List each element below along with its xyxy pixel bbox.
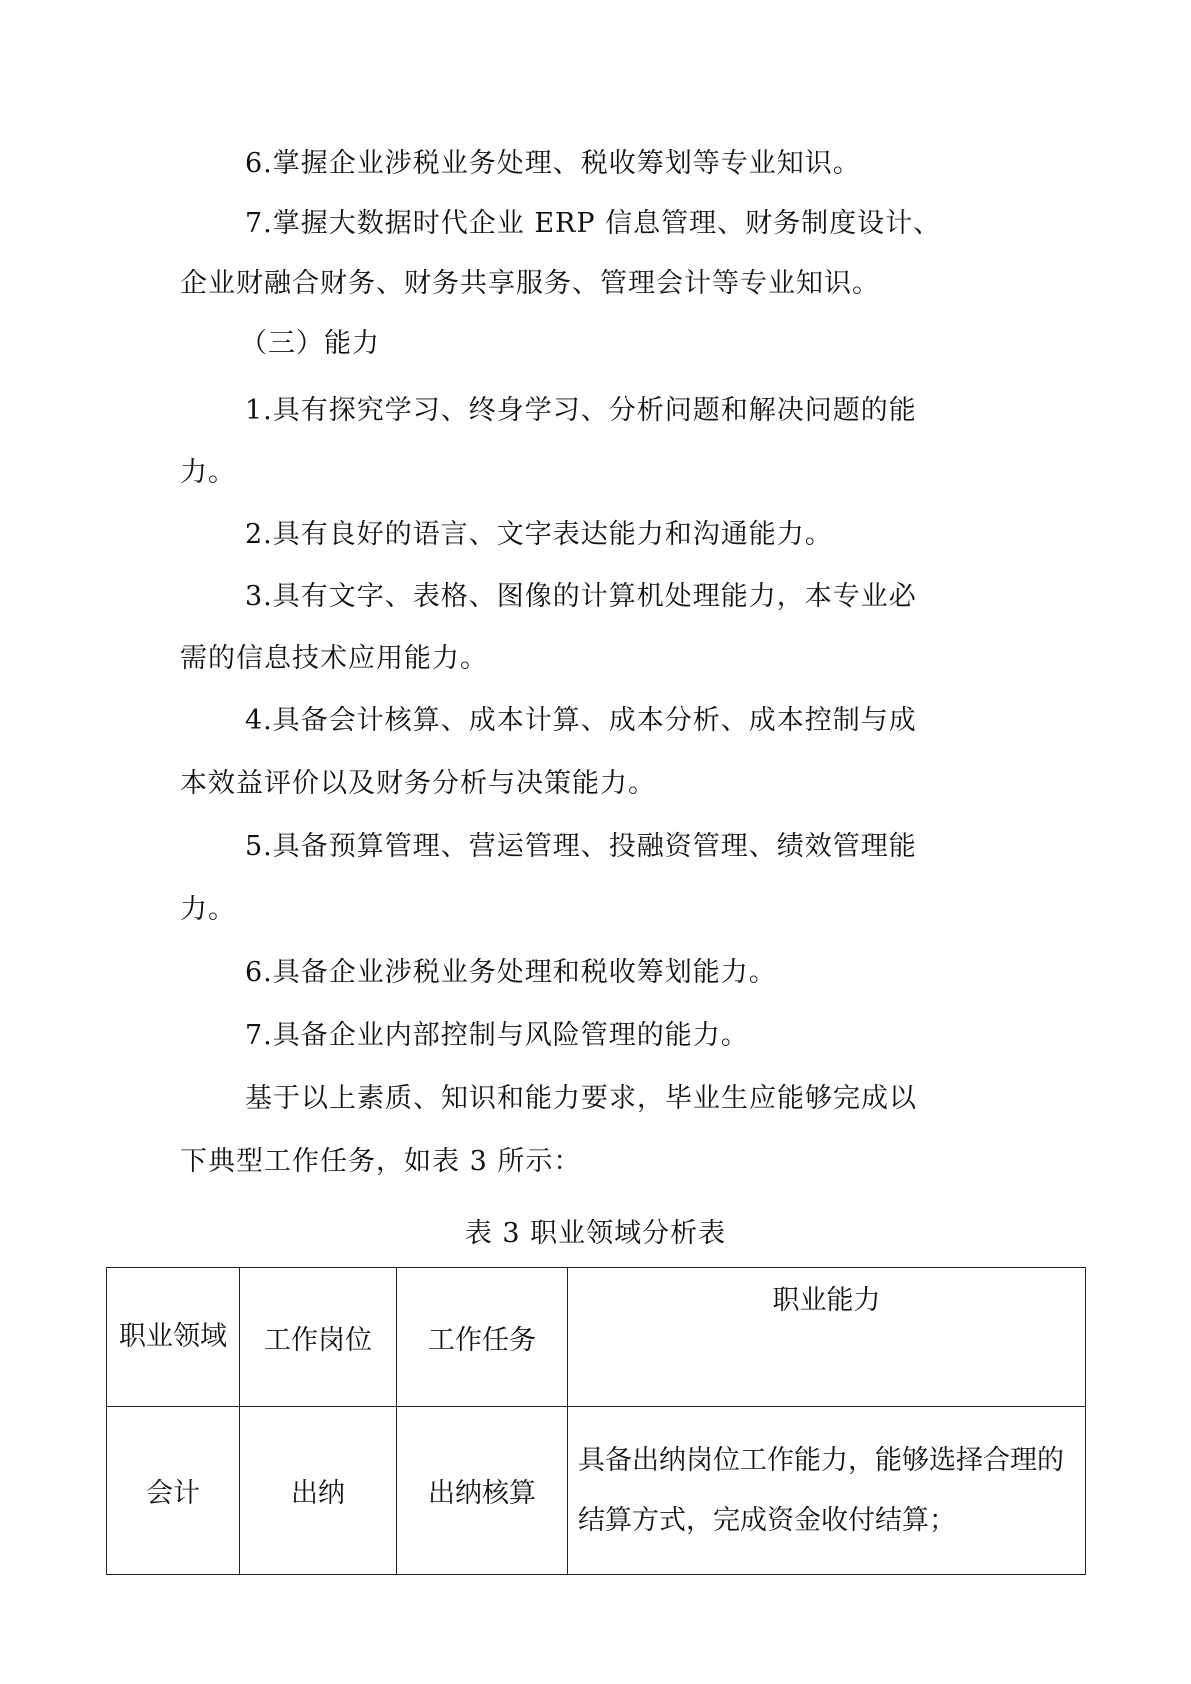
paragraph-knowledge-7-line1: 7.掌握大数据时代企业 ERP 信息管理、财务制度设计、 [245, 206, 941, 242]
table-header-row: 职业领域 工作岗位 工作任务 职业能力 [107, 1268, 1086, 1407]
cell-job-position: 出纳 [240, 1407, 397, 1575]
paragraph-ability-7: 7.具备企业内部控制与风险管理的能力。 [245, 1018, 749, 1054]
paragraph-knowledge-7-line2: 企业财融合财务、财务共享服务、管理会计等专业知识。 [180, 266, 880, 302]
paragraph-ability-3-line2: 需的信息技术应用能力。 [180, 641, 488, 677]
paragraph-ability-4-line1: 4.具备会计核算、成本计算、成本分析、成本控制与成 [245, 703, 917, 739]
table-caption: 表 3 职业领域分析表 [0, 1216, 1191, 1252]
paragraph-ability-1-line1: 1.具有探究学习、终身学习、分析问题和解决问题的能 [245, 393, 917, 429]
paragraph-ability-1-line2: 力。 [180, 455, 236, 491]
header-professional-ability: 职业能力 [568, 1268, 1086, 1407]
paragraph-ability-2: 2.具有良好的语言、文字表达能力和沟通能力。 [245, 517, 833, 553]
table-row: 会计 出纳 出纳核算 具备出纳岗位工作能力，能够选择合理的结算方式，完成资金收付… [107, 1407, 1086, 1575]
paragraph-ability-5-line2: 力。 [180, 892, 236, 928]
cell-work-task: 出纳核算 [397, 1407, 568, 1575]
cell-occupation-field: 会计 [107, 1407, 240, 1575]
paragraph-summary-line1: 基于以上素质、知识和能力要求，毕业生应能够完成以 [245, 1081, 917, 1117]
paragraph-ability-3-line1: 3.具有文字、表格、图像的计算机处理能力，本专业必 [245, 579, 917, 615]
header-occupation-field: 职业领域 [107, 1268, 240, 1407]
header-job-position: 工作岗位 [240, 1268, 397, 1407]
paragraph-ability-4-line2: 本效益评价以及财务分析与决策能力。 [180, 766, 656, 802]
cell-professional-ability: 具备出纳岗位工作能力，能够选择合理的结算方式，完成资金收付结算； [568, 1407, 1086, 1575]
paragraph-ability-6: 6.具备企业涉税业务处理和税收筹划能力。 [245, 955, 777, 991]
occupation-analysis-table: 职业领域 工作岗位 工作任务 职业能力 会计 出纳 出纳核算 具备出纳岗位工作能… [106, 1267, 1086, 1575]
paragraph-summary-line2: 下典型工作任务，如表 3 所示： [180, 1144, 581, 1180]
paragraph-knowledge-6: 6.掌握企业涉税业务处理、税收筹划等专业知识。 [245, 146, 861, 182]
header-work-task: 工作任务 [397, 1268, 568, 1407]
section-heading-ability: （三）能力 [240, 326, 380, 362]
paragraph-ability-5-line1: 5.具备预算管理、营运管理、投融资管理、绩效管理能 [245, 829, 917, 865]
